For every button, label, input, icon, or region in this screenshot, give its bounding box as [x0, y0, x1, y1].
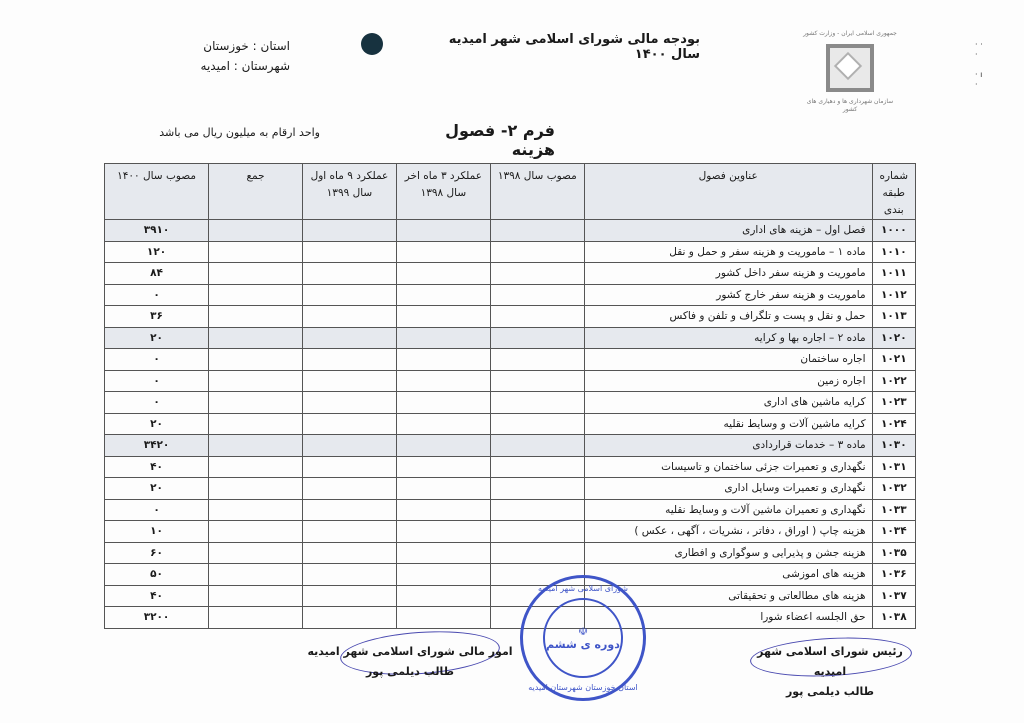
row-perf-3m-1398	[396, 306, 490, 328]
row-perf-3m-1398	[396, 370, 490, 392]
row-perf-3m-1398	[396, 607, 490, 629]
row-approved-1400: ۳۲۰۰	[105, 607, 209, 629]
stamp-inner-circle: ☫ دوره ی ششم	[543, 598, 623, 678]
row-perf-3m-1398	[396, 241, 490, 263]
row-perf-9m-1399	[302, 284, 396, 306]
row-title: فصل اول – هزینه های اداری	[584, 220, 872, 242]
row-code: ۱۰۲۴	[872, 413, 915, 435]
row-total	[209, 499, 303, 521]
row-title: نگهداری و تعمیران ماشین آلات و وسایط نقل…	[584, 499, 872, 521]
row-total	[209, 413, 303, 435]
row-perf-3m-1398	[396, 435, 490, 457]
row-title: کرایه ماشین های اداری	[584, 392, 872, 414]
row-approved-1398	[490, 284, 584, 306]
row-title: اجاره زمین	[584, 370, 872, 392]
table-row: ۱۰۳۲نگهداری و تعمیرات وسایل اداری۲۰	[105, 478, 916, 500]
table-row: ۱۰۲۲اجاره زمین۰	[105, 370, 916, 392]
table-row: ۱۰۳۳نگهداری و تعمیران ماشین آلات و وسایط…	[105, 499, 916, 521]
row-code: ۱۰۱۳	[872, 306, 915, 328]
row-total	[209, 392, 303, 414]
row-approved-1400: ۸۴	[105, 263, 209, 285]
row-code: ۱۰۲۳	[872, 392, 915, 414]
table-row: ۱۰۱۳حمل و نقل و پست و تلگراف و تلفن و فا…	[105, 306, 916, 328]
row-approved-1398	[490, 349, 584, 371]
row-perf-9m-1399	[302, 499, 396, 521]
county-label: شهرستان : امیدیه	[150, 56, 290, 76]
row-title: هزینه های اموزشی	[584, 564, 872, 586]
row-approved-1398	[490, 435, 584, 457]
table-row: ۱۰۱۱ماموریت و هزینه سفر داخل کشور۸۴	[105, 263, 916, 285]
row-approved-1398	[490, 263, 584, 285]
row-total	[209, 564, 303, 586]
header-perf-9m-1399: عملکرد ۹ ماه اول سال ۱۳۹۹	[302, 164, 396, 220]
row-perf-9m-1399	[302, 585, 396, 607]
row-title: اجاره ساختمان	[584, 349, 872, 371]
header-total: جمع	[209, 164, 303, 220]
row-code: ۱۰۱۱	[872, 263, 915, 285]
row-approved-1400: ۵۰	[105, 564, 209, 586]
row-title: ماموریت و هزینه سفر داخل کشور	[584, 263, 872, 285]
row-approved-1400: ۳۶	[105, 306, 209, 328]
row-total	[209, 478, 303, 500]
chairman-role: رئیس شورای اسلامی شهر امیدیه	[740, 642, 920, 682]
row-code: ۱۰۳۵	[872, 542, 915, 564]
margin-marks: · ··· ı·	[975, 40, 983, 90]
table-row: ۱۰۱۲ماموریت و هزینه سفر خارج کشور۰	[105, 284, 916, 306]
row-code: ۱۰۰۰	[872, 220, 915, 242]
row-perf-9m-1399	[302, 478, 396, 500]
row-approved-1400: ۲۰	[105, 413, 209, 435]
row-title: ماده ۳ – خدمات قراردادی	[584, 435, 872, 457]
row-perf-3m-1398	[396, 392, 490, 414]
row-total	[209, 607, 303, 629]
row-approved-1400: ۰	[105, 392, 209, 414]
row-perf-9m-1399	[302, 521, 396, 543]
table-header-row: شماره طبقه بندی عناوین فصول مصوب سال ۱۳۹…	[105, 164, 916, 220]
finance-name: طالب دیلمی پور	[300, 662, 520, 682]
stamp-center-text: دوره ی ششم	[546, 638, 620, 651]
row-perf-3m-1398	[396, 521, 490, 543]
emblem-icon	[826, 44, 874, 92]
row-total	[209, 542, 303, 564]
row-code: ۱۰۳۷	[872, 585, 915, 607]
form-title: فرم ۲- فصول هزینه	[410, 121, 555, 159]
table-row: ۱۰۳۵هزینه جشن و پذیرایی و سوگواری و افطا…	[105, 542, 916, 564]
row-code: ۱۰۲۰	[872, 327, 915, 349]
row-total	[209, 220, 303, 242]
row-perf-9m-1399	[302, 392, 396, 414]
row-perf-9m-1399	[302, 306, 396, 328]
table-row: ۱۰۳۶هزینه های اموزشی۵۰	[105, 564, 916, 586]
row-approved-1398	[490, 370, 584, 392]
row-perf-9m-1399	[302, 456, 396, 478]
stamp-bottom-text: استان خوزستان شهرستان امیدیه	[528, 683, 638, 692]
row-title: حمل و نقل و پست و تلگراف و تلفن و فاکس	[584, 306, 872, 328]
row-approved-1400: ۱۰	[105, 521, 209, 543]
table-row: ۱۰۲۴کرایه ماشین آلات و وسایط نقلیه۲۰	[105, 413, 916, 435]
row-title: هزینه جشن و پذیرایی و سوگواری و افطاری	[584, 542, 872, 564]
table-row: ۱۰۳۴هزینه چاپ ( اوراق ، دفاتر ، نشریات ،…	[105, 521, 916, 543]
table-row: ۱۰۱۰ماده ۱ – ماموریت و هزینه سفر و حمل و…	[105, 241, 916, 263]
row-perf-3m-1398	[396, 456, 490, 478]
row-total	[209, 284, 303, 306]
row-code: ۱۰۳۲	[872, 478, 915, 500]
row-perf-3m-1398	[396, 499, 490, 521]
table-row: ۱۰۳۸حق الجلسه اعضاء شورا۳۲۰۰	[105, 607, 916, 629]
row-title: نگهداری و تعمیرات جزئی ساختمان و تاسیسات	[584, 456, 872, 478]
province-label: استان : خوزستان	[150, 36, 290, 56]
row-perf-9m-1399	[302, 349, 396, 371]
row-title: ماموریت و هزینه سفر خارج کشور	[584, 284, 872, 306]
table-row: ۱۰۳۷هزینه های مطالعاتی و تحقیقاتی۴۰	[105, 585, 916, 607]
finance-role: امور مالی شورای اسلامی شهر امیدیه	[300, 642, 520, 662]
row-title: ماده ۲ – اجاره بها و کرایه	[584, 327, 872, 349]
logo-caption-top: جمهوری اسلامی ایران - وزارت کشور	[800, 30, 900, 38]
row-approved-1398	[490, 413, 584, 435]
row-approved-1398	[490, 392, 584, 414]
row-approved-1400: ۱۲۰	[105, 241, 209, 263]
row-approved-1400: ۳۴۲۰	[105, 435, 209, 457]
row-title: نگهداری و تعمیرات وسایل اداری	[584, 478, 872, 500]
row-approved-1398	[490, 306, 584, 328]
table-row: ۱۰۲۱اجاره ساختمان۰	[105, 349, 916, 371]
header-code: شماره طبقه بندی	[872, 164, 915, 220]
row-perf-9m-1399	[302, 413, 396, 435]
unit-note: واحد ارقام به میلیون ریال می باشد	[150, 126, 320, 139]
ministry-logo: جمهوری اسلامی ایران - وزارت کشور سازمان …	[800, 30, 900, 114]
row-approved-1400: ۲۰	[105, 478, 209, 500]
header-perf-3m-1398: عملکرد ۳ ماه اخر سال ۱۳۹۸	[396, 164, 490, 220]
row-perf-9m-1399	[302, 542, 396, 564]
row-code: ۱۰۳۸	[872, 607, 915, 629]
row-approved-1400: ۳۹۱۰	[105, 220, 209, 242]
row-perf-9m-1399	[302, 327, 396, 349]
emblem-icon: ☫	[578, 625, 588, 638]
row-approved-1398	[490, 220, 584, 242]
row-perf-3m-1398	[396, 478, 490, 500]
row-perf-3m-1398	[396, 284, 490, 306]
chairman-signature: رئیس شورای اسلامی شهر امیدیه طالب دیلمی …	[740, 642, 920, 702]
council-stamp: شورای اسلامی شهر امیدیه ☫ دوره ی ششم است…	[520, 575, 646, 701]
row-perf-9m-1399	[302, 564, 396, 586]
row-approved-1400: ۰	[105, 349, 209, 371]
row-perf-3m-1398	[396, 542, 490, 564]
table-row: ۱۰۳۱نگهداری و تعمیرات جزئی ساختمان و تاس…	[105, 456, 916, 478]
row-perf-9m-1399	[302, 435, 396, 457]
row-perf-3m-1398	[396, 327, 490, 349]
row-total	[209, 521, 303, 543]
row-approved-1398	[490, 542, 584, 564]
row-title: کرایه ماشین آلات و وسایط نقلیه	[584, 413, 872, 435]
finance-signature: امور مالی شورای اسلامی شهر امیدیه طالب د…	[300, 642, 520, 682]
row-code: ۱۰۱۲	[872, 284, 915, 306]
row-approved-1398	[490, 241, 584, 263]
row-perf-9m-1399	[302, 241, 396, 263]
header-approved-1398: مصوب سال ۱۳۹۸	[490, 164, 584, 220]
row-approved-1400: ۰	[105, 370, 209, 392]
row-approved-1398	[490, 478, 584, 500]
row-perf-3m-1398	[396, 585, 490, 607]
row-approved-1398	[490, 521, 584, 543]
row-perf-9m-1399	[302, 607, 396, 629]
row-perf-9m-1399	[302, 370, 396, 392]
row-perf-3m-1398	[396, 564, 490, 586]
row-approved-1398	[490, 327, 584, 349]
logo-caption-bottom: سازمان شهرداری ها و دهیاری های کشور	[800, 98, 900, 114]
row-code: ۱۰۲۱	[872, 349, 915, 371]
row-code: ۱۰۳۴	[872, 521, 915, 543]
row-code: ۱۰۳۱	[872, 456, 915, 478]
table-row: ۱۰۳۰ماده ۳ – خدمات قراردادی۳۴۲۰	[105, 435, 916, 457]
header-approved-1400: مصوب سال ۱۴۰۰	[105, 164, 209, 220]
table-row: ۱۰۲۳کرایه ماشین های اداری۰	[105, 392, 916, 414]
row-approved-1400: ۲۰	[105, 327, 209, 349]
row-perf-3m-1398	[396, 413, 490, 435]
row-approved-1400: ۶۰	[105, 542, 209, 564]
row-title: هزینه چاپ ( اوراق ، دفاتر ، نشریات ، آگه…	[584, 521, 872, 543]
row-approved-1400: ۰	[105, 499, 209, 521]
row-total	[209, 327, 303, 349]
row-approved-1398	[490, 456, 584, 478]
row-title: ماده ۱ – ماموریت و هزینه سفر و حمل و نقل	[584, 241, 872, 263]
row-perf-9m-1399	[302, 220, 396, 242]
scanned-document-page: بودجه مالی شورای اسلامی شهر امیدیه سال ۱…	[0, 0, 1024, 723]
row-code: ۱۰۱۰	[872, 241, 915, 263]
chairman-name: طالب دیلمی پور	[740, 682, 920, 702]
table-row: ۱۰۰۰فصل اول – هزینه های اداری۳۹۱۰	[105, 220, 916, 242]
table-row: ۱۰۲۰ماده ۲ – اجاره بها و کرایه۲۰	[105, 327, 916, 349]
row-perf-3m-1398	[396, 220, 490, 242]
row-code: ۱۰۳۰	[872, 435, 915, 457]
row-perf-3m-1398	[396, 349, 490, 371]
row-perf-3m-1398	[396, 263, 490, 285]
row-total	[209, 435, 303, 457]
row-total	[209, 585, 303, 607]
row-total	[209, 370, 303, 392]
stamp-top-text: شورای اسلامی شهر امیدیه	[538, 584, 628, 593]
row-total	[209, 349, 303, 371]
location-block: استان : خوزستان شهرستان : امیدیه	[150, 36, 290, 76]
row-approved-1398	[490, 499, 584, 521]
row-approved-1400: ۴۰	[105, 585, 209, 607]
row-total	[209, 306, 303, 328]
row-total	[209, 456, 303, 478]
row-code: ۱۰۲۲	[872, 370, 915, 392]
expense-chapters-table: شماره طبقه بندی عناوین فصول مصوب سال ۱۳۹…	[104, 163, 916, 629]
document-title: بودجه مالی شورای اسلامی شهر امیدیه سال ۱…	[440, 32, 700, 62]
row-total	[209, 263, 303, 285]
row-approved-1400: ۴۰	[105, 456, 209, 478]
hole-punch-left	[361, 33, 383, 55]
row-perf-9m-1399	[302, 263, 396, 285]
row-total	[209, 241, 303, 263]
row-approved-1400: ۰	[105, 284, 209, 306]
row-code: ۱۰۳۶	[872, 564, 915, 586]
row-code: ۱۰۳۳	[872, 499, 915, 521]
header-title: عناوین فصول	[584, 164, 872, 220]
